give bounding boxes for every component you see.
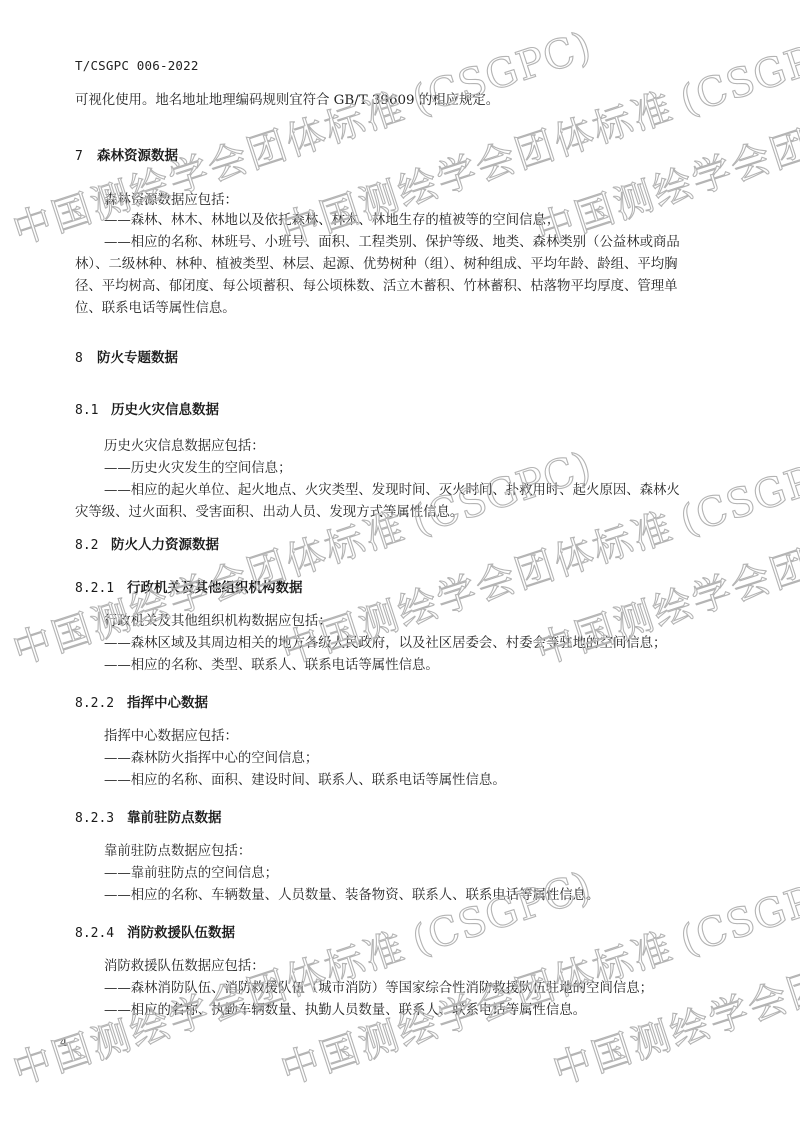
section-number: 8.1 xyxy=(75,403,111,418)
section-number: 8.2 xyxy=(75,538,111,553)
section-title: 指挥中心数据 xyxy=(127,695,208,711)
page-number: 4 xyxy=(60,1035,68,1049)
watermark: 中国测绘学会团体标准(CSGPC) xyxy=(528,16,800,256)
section-8-2-2-item: ——森林防火指挥中心的空间信息； xyxy=(104,750,318,768)
section-8-2-2-item: ——相应的名称、面积、建设时间、联系人、联系电话等属性信息。 xyxy=(104,772,506,790)
intro-line: 可视化使用。地名地址地理编码规则宜符合 GB/T 39609 的相应规定。 xyxy=(75,92,499,110)
section-8-2-3-item: ——靠前驻防点的空间信息； xyxy=(104,865,278,883)
section-7-heading: 7森林资源数据 xyxy=(75,144,178,164)
section-8-1-item: ——相应的起火单位、起火地点、火灾类型、发现时间、灭火时间、扑救用时、起火原因、… xyxy=(104,482,680,500)
section-number: 8.2.2 xyxy=(75,696,127,711)
section-7-item-cont: 林）、二级林种、林种、植被类型、林层、起源、优势树种（组）、树种组成、平均年龄、… xyxy=(75,256,678,274)
section-8-2-3-item: ——相应的名称、车辆数量、人员数量、装备物资、联系人、联系电话等属性信息。 xyxy=(104,887,599,905)
section-title: 防火人力资源数据 xyxy=(111,537,219,553)
section-8-2-3-lead: 靠前驻防点数据应包括： xyxy=(104,843,251,861)
section-8-2-1-item: ——相应的名称、类型、联系人、联系电话等属性信息。 xyxy=(104,657,439,675)
section-number: 8 xyxy=(75,351,97,366)
section-8-2-1-lead: 行政机关及其他组织机构数据应包括： xyxy=(104,613,332,631)
section-8-1-item-cont: 灾等级、过火面积、受害面积、出动人员、发现方式等属性信息。 xyxy=(75,504,463,522)
section-7-lead: 森林资源数据应包括： xyxy=(104,192,238,210)
section-number: 7 xyxy=(75,149,97,164)
section-number: 8.2.3 xyxy=(75,811,127,826)
section-8-2-4-lead: 消防救援队伍数据应包括： xyxy=(104,958,265,976)
section-title: 靠前驻防点数据 xyxy=(127,810,222,826)
section-title: 防火专题数据 xyxy=(97,350,178,366)
section-number: 8.2.4 xyxy=(75,926,127,941)
section-8-2-1-item: ——森林区域及其周边相关的地方各级人民政府，以及社区居委会、村委会等驻地的空间信… xyxy=(104,635,666,653)
section-7-item-cont: 位、联系电话等属性信息。 xyxy=(75,300,236,318)
section-8-2-4-item: ——森林消防队伍、消防救援队伍（城市消防）等国家综合性消防救援队伍驻地的空间信息… xyxy=(104,980,653,998)
section-8-2-2-heading: 8.2.2指挥中心数据 xyxy=(75,691,208,711)
document-code: T/CSGPC 006-2022 xyxy=(75,58,199,73)
section-8-2-3-heading: 8.2.3靠前驻防点数据 xyxy=(75,806,222,826)
section-8-heading: 8防火专题数据 xyxy=(75,346,178,366)
section-8-2-1-heading: 8.2.1行政机关及其他组织机构数据 xyxy=(75,576,303,596)
section-title: 行政机关及其他组织机构数据 xyxy=(127,580,303,596)
section-8-2-2-lead: 指挥中心数据应包括： xyxy=(104,728,238,746)
section-number: 8.2.1 xyxy=(75,581,127,596)
section-8-2-4-item: ——相应的名称、执勤车辆数量、执勤人员数量、联系人、联系电话等属性信息。 xyxy=(104,1002,586,1020)
section-8-2-4-heading: 8.2.4消防救援队伍数据 xyxy=(75,921,235,941)
section-7-item-cont: 径、平均树高、郁闭度、每公顷蓄积、每公顷株数、活立木蓄积、竹林蓄积、枯落物平均厚… xyxy=(75,278,678,296)
section-7-item: ——相应的名称、林班号、小班号、面积、工程类别、保护等级、地类、森林类别（公益林… xyxy=(104,234,680,252)
section-8-1-item: ——历史火灾发生的空间信息； xyxy=(104,460,291,478)
section-8-2-heading: 8.2防火人力资源数据 xyxy=(75,533,219,553)
section-8-1-heading: 8.1历史火灾信息数据 xyxy=(75,398,219,418)
section-title: 消防救援队伍数据 xyxy=(127,925,235,941)
section-8-1-lead: 历史火灾信息数据应包括： xyxy=(104,438,265,456)
section-title: 历史火灾信息数据 xyxy=(111,402,219,418)
section-7-item: ——森林、林木、林地以及依托森林、林木、林地生存的植被等的空间信息； xyxy=(104,212,559,230)
document-page: T/CSGPC 006-2022 可视化使用。地名地址地理编码规则宜符合 GB/… xyxy=(0,0,800,1131)
section-title: 森林资源数据 xyxy=(97,148,178,164)
